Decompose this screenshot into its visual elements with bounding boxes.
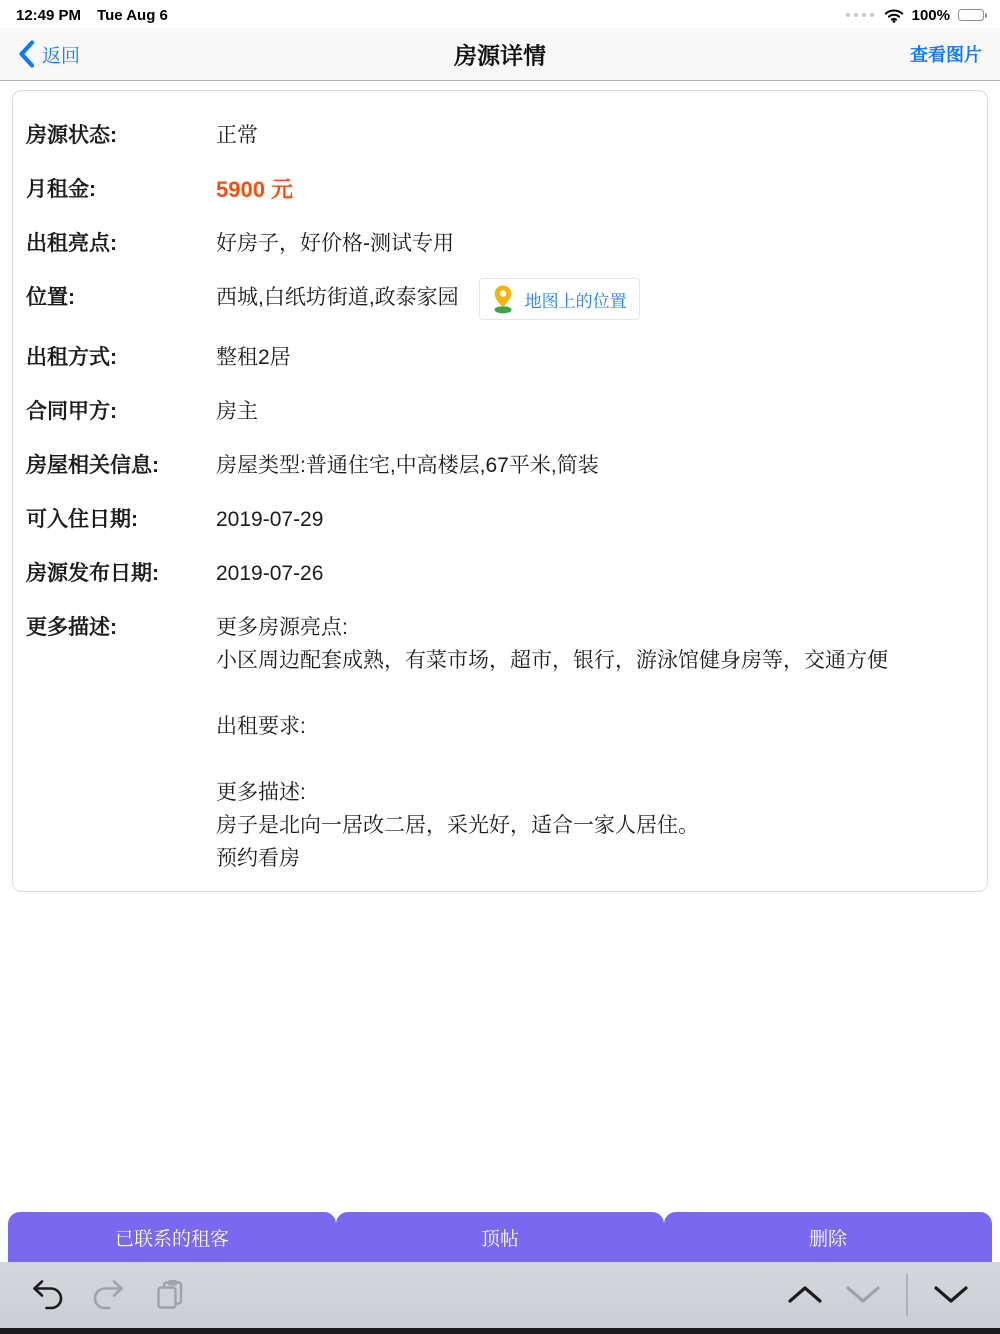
toolbar-divider [906, 1274, 908, 1316]
view-images-button[interactable]: 查看图片 [910, 41, 982, 67]
field-value: 整租2居 [216, 341, 291, 374]
undo-button[interactable] [30, 1278, 64, 1313]
status-date: Tue Aug 6 [97, 7, 168, 24]
row-contract-party: 合同甲方: 房主 [26, 395, 973, 428]
row-move-in-date: 可入住日期: 2019-07-29 [26, 503, 973, 536]
row-rental-type: 出租方式: 整租2居 [26, 341, 973, 374]
bottom-action-bar: 已联系的租客 顶帖 删除 [0, 1212, 1000, 1262]
signal-dots-icon [846, 13, 874, 17]
chevron-up-icon [786, 1283, 824, 1308]
redo-button[interactable] [92, 1278, 126, 1313]
back-button[interactable]: 返回 [18, 40, 80, 68]
field-label: 合同甲方: [26, 395, 216, 428]
redo-icon [92, 1278, 126, 1313]
row-publish-date: 房源发布日期: 2019-07-26 [26, 557, 973, 590]
back-label: 返回 [42, 41, 80, 68]
field-value: 2019-07-29 [216, 503, 323, 536]
status-time: 12:49 PM [16, 7, 81, 24]
field-label: 位置: [26, 281, 216, 314]
scroll-down-button[interactable] [844, 1283, 882, 1308]
chevron-down-icon [932, 1283, 970, 1308]
map-button-label: 地图上的位置 [525, 287, 627, 312]
field-value: 2019-07-26 [216, 557, 323, 590]
description-text: 更多房源亮点: 小区周边配套成熟，有菜市场，超市，银行，游泳馆健身房等，交通方便… [216, 611, 888, 875]
keyboard-accessory-toolbar [0, 1262, 1000, 1328]
chevron-left-icon [18, 40, 35, 68]
listing-detail-card: 房源状态: 正常 月租金: 5900 元 出租亮点: 好房子，好价格-测试专用 … [12, 90, 988, 892]
row-highlights: 出租亮点: 好房子，好价格-测试专用 [26, 227, 973, 260]
wifi-icon [884, 8, 904, 23]
field-label: 房源状态: [26, 119, 216, 152]
rent-price: 5900 元 [216, 173, 293, 206]
location-value: 西城,白纸坊街道,政泰家园 [216, 281, 459, 314]
field-label: 更多描述: [26, 611, 216, 644]
field-value: 正常 [216, 119, 258, 152]
page-title: 房源详情 [454, 38, 546, 71]
map-pin-icon [490, 284, 516, 314]
field-value: 好房子，好价格-测试专用 [216, 227, 454, 260]
row-monthly-rent: 月租金: 5900 元 [26, 173, 973, 206]
row-status: 房源状态: 正常 [26, 119, 973, 152]
map-location-button[interactable]: 地图上的位置 [479, 278, 640, 320]
undo-icon [30, 1278, 64, 1313]
field-label: 房屋相关信息: [26, 449, 216, 482]
field-label: 出租方式: [26, 341, 216, 374]
row-house-info: 房屋相关信息: 房屋类型:普通住宅,中高楼层,67平米,简装 [26, 449, 973, 482]
field-label: 可入住日期: [26, 503, 216, 536]
battery-full-icon [958, 9, 984, 21]
chevron-down-icon [844, 1283, 882, 1308]
field-value: 房主 [216, 395, 258, 428]
bump-post-button[interactable]: 顶帖 [336, 1212, 664, 1262]
navigation-bar: 返回 房源详情 查看图片 [0, 28, 1000, 81]
screen-bottom-edge [0, 1328, 1000, 1334]
row-more-description: 更多描述: 更多房源亮点: 小区周边配套成熟，有菜市场，超市，银行，游泳馆健身房… [26, 611, 973, 875]
battery-percent: 100% [912, 7, 950, 24]
clipboard-paste-icon [154, 1278, 186, 1313]
status-bar: 12:49 PM Tue Aug 6 100% [0, 0, 1000, 28]
field-label: 月租金: [26, 173, 216, 206]
paste-button[interactable] [154, 1278, 186, 1313]
dismiss-keyboard-button[interactable] [932, 1283, 970, 1308]
delete-button[interactable]: 删除 [664, 1212, 992, 1262]
row-location: 位置: 西城,白纸坊街道,政泰家园 地图上的位置 [26, 281, 973, 320]
contacted-tenants-button[interactable]: 已联系的租客 [8, 1212, 336, 1262]
scroll-up-button[interactable] [786, 1283, 824, 1308]
field-value: 房屋类型:普通住宅,中高楼层,67平米,简装 [216, 449, 599, 482]
field-label: 出租亮点: [26, 227, 216, 260]
field-label: 房源发布日期: [26, 557, 216, 590]
